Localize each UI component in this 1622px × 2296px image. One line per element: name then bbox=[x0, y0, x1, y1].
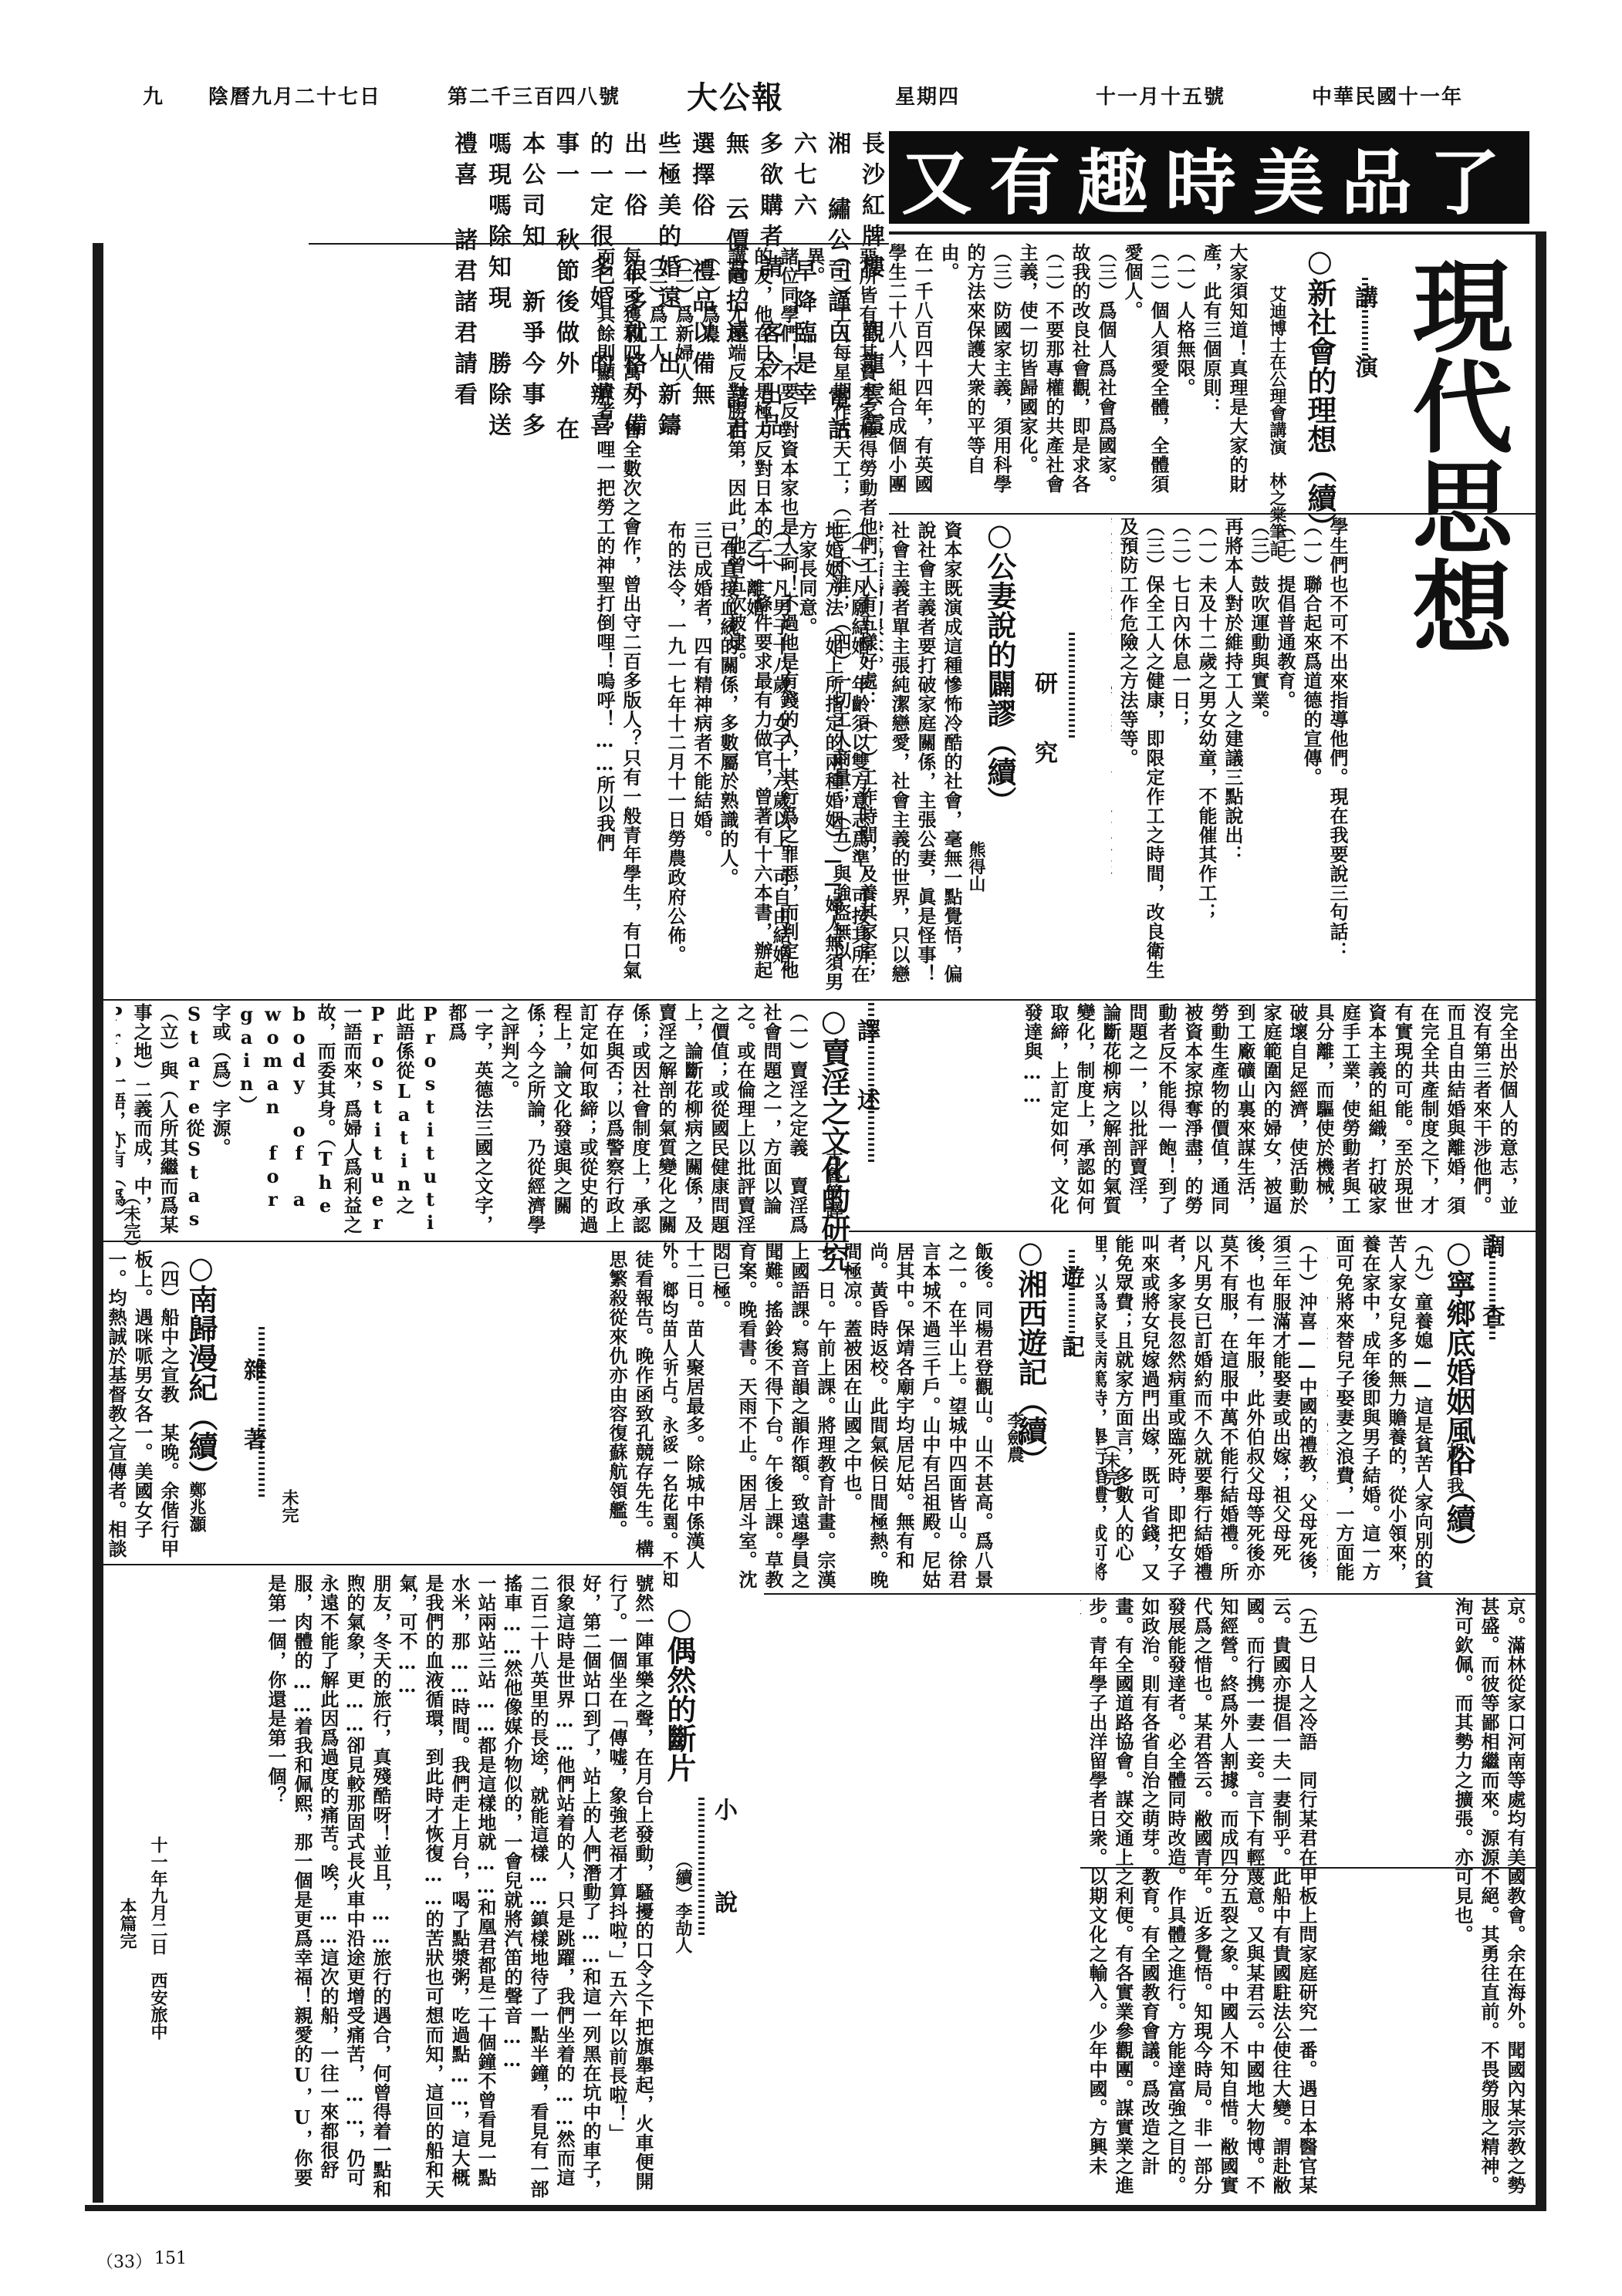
article-body: （十）沖喜——中國的禮教，父母死後，須三年服滿才能娶妻或出嫁；祖父母死後，也有一… bbox=[1096, 1234, 1320, 1589]
article-byline: （續）李劼人 bbox=[671, 1852, 695, 1953]
section-title: 現代思想 bbox=[1404, 255, 1505, 656]
article-body: 完全出於個人的意志，並沒有第三者來干涉他們。而且自由結婚與離婚，須在完全共產制度… bbox=[1157, 1003, 1520, 1223]
article-body: （九）童養媳——這是貧苦人家向別的貧苦人家女兒多的無力贍養的，從小領來，養在家中… bbox=[1327, 1234, 1435, 1589]
page-mark: 九 bbox=[143, 81, 164, 110]
article-title: ○南歸漫紀（續） bbox=[185, 1250, 216, 1490]
article-title: ○偶然的斷片 bbox=[664, 1601, 694, 1782]
page-number: 151 bbox=[154, 2249, 187, 2268]
year: 中華民國十一年 bbox=[1312, 81, 1463, 110]
issue-number: 第二千三百四八號 bbox=[448, 81, 620, 110]
weekday: 星期四 bbox=[895, 81, 960, 110]
wavy-rule bbox=[698, 1798, 705, 1936]
article-body: （四）船中之宣教 某晚。余偕行甲板上。遇咪哌男女各一。美國女子一。均熱誠於基督教… bbox=[108, 1250, 181, 1558]
article-body: 徒看報告。晚作函致孔競存先生。構思繁殺從來仇亦由容復蘇航領艦。 bbox=[270, 1250, 656, 1558]
end-note: 本篇完 bbox=[116, 1898, 140, 1949]
column-label: 研究 bbox=[1026, 671, 1060, 810]
article-title: ○公妻說的闢謬（續） bbox=[984, 517, 1015, 815]
article-body: （一）凡願結婚，年齡須以雙方意志爲準，可按其所在地婚姻方法（如上所指定的兩種婚姻… bbox=[640, 521, 872, 991]
date: 十一月十五號 bbox=[1096, 81, 1225, 110]
column-label: 雜著 bbox=[235, 1358, 269, 1497]
banner-ad: 又有趣時美品了 bbox=[889, 131, 1529, 224]
article-body: 號然一陣軍樂之聲，在月台上發動，騷擾的口令之下把旗舉起，火車便開行了。一個坐在「… bbox=[116, 1574, 656, 2199]
divider bbox=[103, 1564, 664, 1565]
divider bbox=[103, 999, 1536, 1001]
column-label: 調查 bbox=[1474, 1234, 1508, 1373]
article-byline: 李劍農 bbox=[1003, 1412, 1027, 1463]
right-border bbox=[1536, 231, 1546, 2207]
continued-note: 未完 bbox=[278, 1489, 302, 1523]
wavy-rule bbox=[1069, 633, 1075, 741]
article-title: ○寧鄉底婚姻風俗（續） bbox=[1443, 1234, 1474, 1562]
divider bbox=[309, 243, 889, 245]
divider bbox=[889, 231, 1545, 235]
article-title: ○新社會的理想（續） bbox=[1304, 243, 1335, 542]
article-body: 學生們也不可不出來指導他們。現在我要說三句話： （一）聯合起來爲道德的宣傳。 （… bbox=[1111, 517, 1350, 991]
article-body: 飯後。同楊君登觀山。山不甚高。爲八景之一。在半山上。望城中四面皆山。徐君言本城不… bbox=[664, 1242, 995, 1589]
column-label: 小說 bbox=[706, 1798, 740, 1983]
article-body: 大家須知道！真理是大家的財產，此有三個原則： （一）人格無限。 （二）個人須愛全… bbox=[1073, 243, 1250, 505]
paper-name: 大公報 bbox=[687, 73, 784, 117]
article-body: （二）不要那專權的共產社會主義，使一切皆歸國家化。 （三）防國家主義，須用科學的… bbox=[889, 243, 1066, 505]
column-label: 講演 bbox=[1347, 285, 1380, 424]
divider bbox=[849, 1231, 1536, 1232]
column-label: 譯述 bbox=[849, 1018, 883, 1157]
continued-note: （未完） bbox=[120, 1188, 144, 1256]
left-border bbox=[93, 243, 103, 2203]
continued-note: （未完） bbox=[1100, 1435, 1124, 1503]
article-byline: 古魯節譯 bbox=[822, 1150, 846, 1217]
article-byline: 鄭兆灝 bbox=[185, 1481, 209, 1532]
article-body: 問題之一，以批評賣淫，論斷花柳病之解剖的氣質變化，制度上，承認如何取締，上訂定如… bbox=[880, 1003, 1150, 1223]
dateline: 十一年九月二日 西安旅中 bbox=[147, 1836, 171, 2040]
lunar-date: 陰曆九月二十七日 bbox=[208, 81, 381, 110]
article-body: （一）賣淫之定義 賣淫爲社會問題之一，方面以論之。或在倫理上以批評賣淫之價值；或… bbox=[116, 1003, 810, 1234]
article-byline: 胡自我 bbox=[1443, 1443, 1467, 1494]
article-body: 資本家既演成這種慘怖冷酷的社會，毫無一點覺悟，偏說社會主義者要打破家庭關係，主張… bbox=[880, 521, 965, 991]
article-body: （五）日人之冷語 同行某君在甲板上問家庭研究一番。遇日本醫官某云。貴國亦提倡一夫… bbox=[1080, 1597, 1320, 2199]
page-ref: （33） bbox=[96, 2249, 152, 2273]
column-label: 遊記 bbox=[1053, 1265, 1087, 1404]
article-title: ○賣淫之文化的研究 bbox=[818, 1003, 849, 1272]
bottom-border bbox=[85, 2205, 1546, 2211]
article-body: 京。滿林從家口河南等處均有美國教會。余在海外。聞國內某宗教之勢甚盛。而彼等鄙相繼… bbox=[1327, 1597, 1528, 2199]
article-byline: 熊得山 bbox=[965, 841, 988, 892]
divider bbox=[764, 1593, 1536, 1595]
